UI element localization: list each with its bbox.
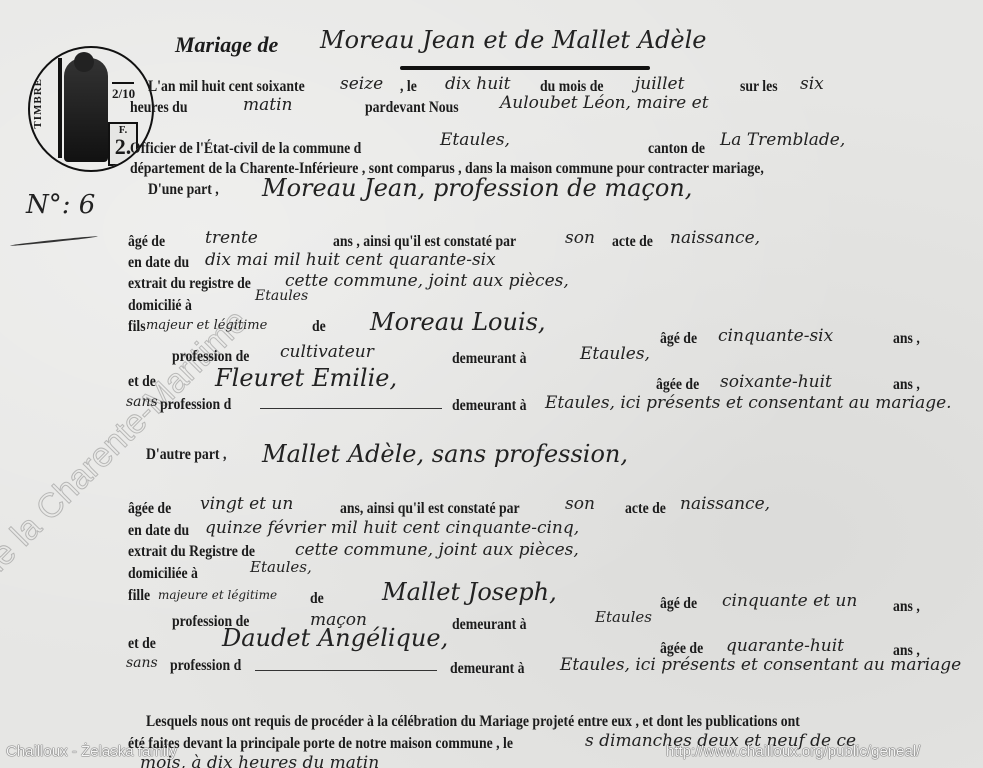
hw-month: juillet bbox=[635, 74, 684, 94]
groom-intro: D'une part , bbox=[148, 181, 219, 199]
hw-day: dix huit bbox=[445, 74, 510, 94]
title-printed: Mariage de bbox=[175, 32, 278, 58]
label: domicilié à bbox=[128, 297, 192, 315]
hw: son bbox=[565, 494, 595, 514]
hw-groom-father: Moreau Louis, bbox=[370, 308, 546, 336]
stamp-staff bbox=[58, 58, 62, 158]
hw-time: matin bbox=[243, 95, 292, 115]
hw: son bbox=[565, 228, 595, 248]
label: demeurant à bbox=[450, 660, 525, 678]
hw: naissance, bbox=[680, 494, 770, 514]
blank-line bbox=[255, 670, 437, 671]
hw: cette commune, joint aux pièces, bbox=[285, 271, 569, 291]
hw-groom-birthdate: dix mai mil huit cent quarante-six bbox=[205, 250, 496, 270]
hw: naissance, bbox=[670, 228, 760, 248]
closing-text: Lesquels nous ont requis de procéder à l… bbox=[146, 713, 800, 731]
hw-officer: Auloubet Léon, maire et bbox=[500, 93, 709, 113]
label: ans , ainsi qu'il est constaté par bbox=[333, 233, 516, 251]
label: en date du bbox=[128, 254, 189, 272]
header-text: Officier de l'État-civil de la commune d bbox=[130, 140, 361, 158]
record-number: N°: 6 bbox=[26, 190, 95, 220]
hw-bride-name: Mallet Adèle, sans profession, bbox=[262, 440, 628, 468]
hw: cultivateur bbox=[280, 342, 374, 362]
watermark-url[interactable]: http://www.chailloux.org/public/geneal/ bbox=[666, 743, 920, 760]
label: fils bbox=[128, 318, 146, 336]
label: ans, ainsi qu'il est constaté par bbox=[340, 500, 520, 518]
label: acte de bbox=[625, 500, 666, 518]
hw: quarante-huit bbox=[726, 636, 844, 656]
label: acte de bbox=[612, 233, 653, 251]
hw: Etaules bbox=[595, 608, 652, 626]
watermark-family: Chailloux - Żelaska family bbox=[6, 743, 177, 760]
hw: Etaules, bbox=[580, 344, 650, 364]
label: âgée de bbox=[656, 376, 699, 394]
hw: cinquante-six bbox=[718, 326, 833, 346]
hw: soixante-huit bbox=[720, 372, 832, 392]
hw: sans bbox=[126, 655, 158, 671]
label: âgé de bbox=[128, 233, 165, 251]
label: âgée de bbox=[128, 500, 171, 518]
hw-bride-father: Mallet Joseph, bbox=[382, 578, 557, 606]
label: demeurant à bbox=[452, 397, 527, 415]
closing-text: été faites devant la principale porte de… bbox=[128, 735, 513, 753]
stamp-head bbox=[74, 52, 94, 72]
hw-hour: six bbox=[800, 74, 824, 94]
hw-groom-mother: Fleuret Emilie, bbox=[215, 364, 397, 392]
hw-commune: Etaules, bbox=[440, 130, 510, 150]
hw-groom-domicile: Etaules bbox=[255, 288, 308, 304]
label: et de bbox=[128, 635, 156, 653]
hw-groom-age: trente bbox=[205, 228, 258, 248]
justice-figure-icon bbox=[64, 58, 108, 162]
label: âgé de bbox=[660, 595, 697, 613]
hw: cette commune, joint aux pièces, bbox=[295, 540, 579, 560]
hw: Etaules, ici présents et consentant au m… bbox=[560, 655, 961, 675]
label: extrait du Registre de bbox=[128, 543, 255, 561]
stamp-label: TIMBRE bbox=[32, 78, 44, 129]
blank-line bbox=[260, 408, 442, 409]
label: domiciliée à bbox=[128, 565, 198, 583]
label: en date du bbox=[128, 522, 189, 540]
header-text: heures du bbox=[130, 99, 187, 117]
label: ans , bbox=[893, 376, 920, 394]
header-text: L'an mil huit cent soixante bbox=[148, 78, 305, 96]
label: demeurant à bbox=[452, 350, 527, 368]
hw-bride-birthdate: quinze février mil huit cent cinquante-c… bbox=[205, 518, 579, 538]
label: ans , bbox=[893, 330, 920, 348]
header-text: canton de bbox=[648, 140, 705, 158]
header-text: sur les bbox=[740, 78, 778, 96]
label: fille bbox=[128, 587, 150, 605]
hw-year: seize bbox=[340, 74, 383, 94]
label: ans , bbox=[893, 598, 920, 616]
hw-canton: La Tremblade, bbox=[720, 130, 845, 150]
label: âgé de bbox=[660, 330, 697, 348]
hw-bride-domicile: Etaules, bbox=[250, 558, 312, 576]
hw: majeure et légitime bbox=[158, 588, 277, 602]
label: demeurant à bbox=[452, 616, 527, 634]
hw-groom-name: Moreau Jean, profession de maçon, bbox=[262, 174, 692, 202]
label: de bbox=[312, 318, 326, 336]
header-text: pardevant Nous bbox=[365, 99, 459, 117]
label: de bbox=[310, 590, 324, 608]
label: profession d bbox=[170, 657, 241, 675]
header-text: , le bbox=[400, 78, 417, 96]
hw: cinquante et un bbox=[722, 591, 857, 611]
hw-bride-mother: Daudet Angélique, bbox=[222, 624, 448, 652]
label: extrait du registre de bbox=[128, 275, 251, 293]
record-number-underline bbox=[10, 235, 98, 246]
title-rule bbox=[400, 66, 650, 70]
bride-intro: D'autre part , bbox=[146, 446, 226, 464]
scales-icon bbox=[112, 70, 134, 84]
hw-bride-age: vingt et un bbox=[200, 494, 293, 514]
title-names: Moreau Jean et de Mallet Adèle bbox=[320, 26, 706, 54]
hw: Etaules, ici présents et consentant au m… bbox=[545, 393, 952, 413]
